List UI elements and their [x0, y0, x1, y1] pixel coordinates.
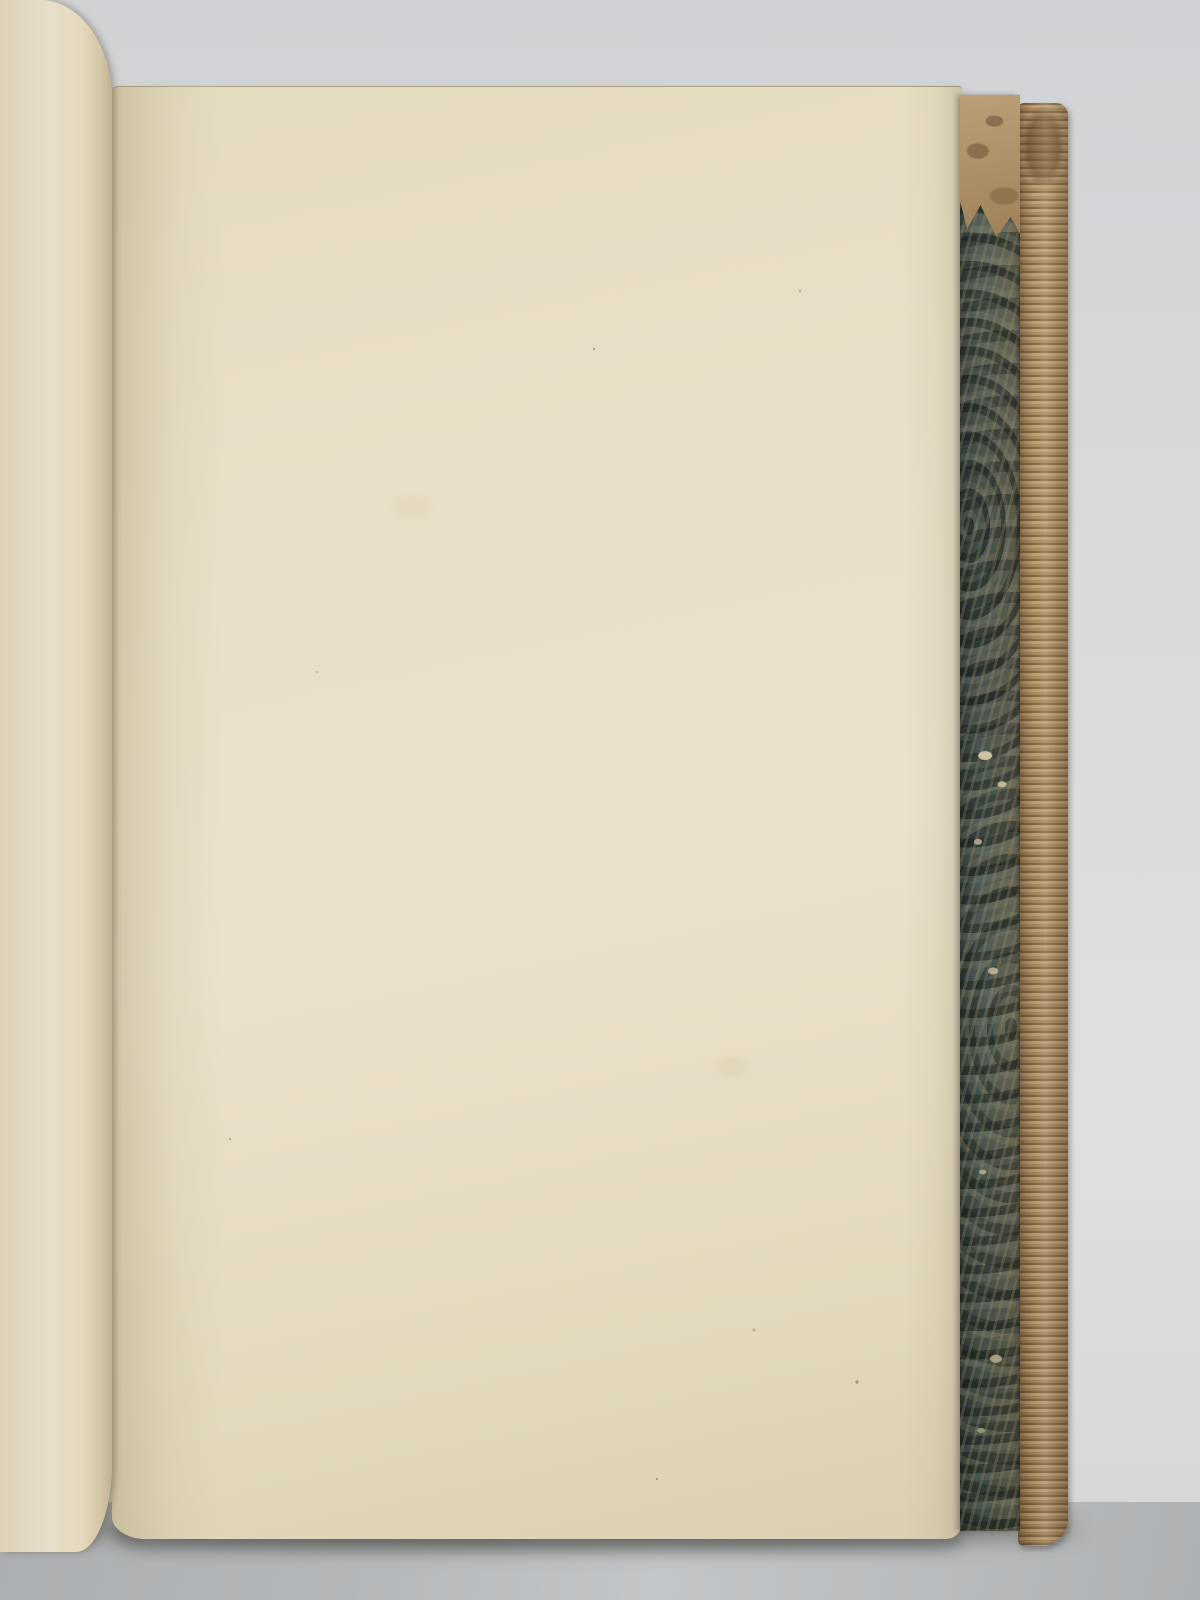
worn-headcap — [960, 95, 1020, 241]
right-page — [112, 86, 962, 1539]
book-photo-scene — [0, 0, 1200, 1600]
left-page — [0, 0, 112, 1552]
fore-edge-marbling — [960, 95, 1020, 1531]
page-header — [170, 205, 842, 237]
board-edge — [1018, 103, 1068, 1546]
paper-speckles — [112, 87, 962, 1539]
show-through-text — [170, 1093, 846, 1119]
